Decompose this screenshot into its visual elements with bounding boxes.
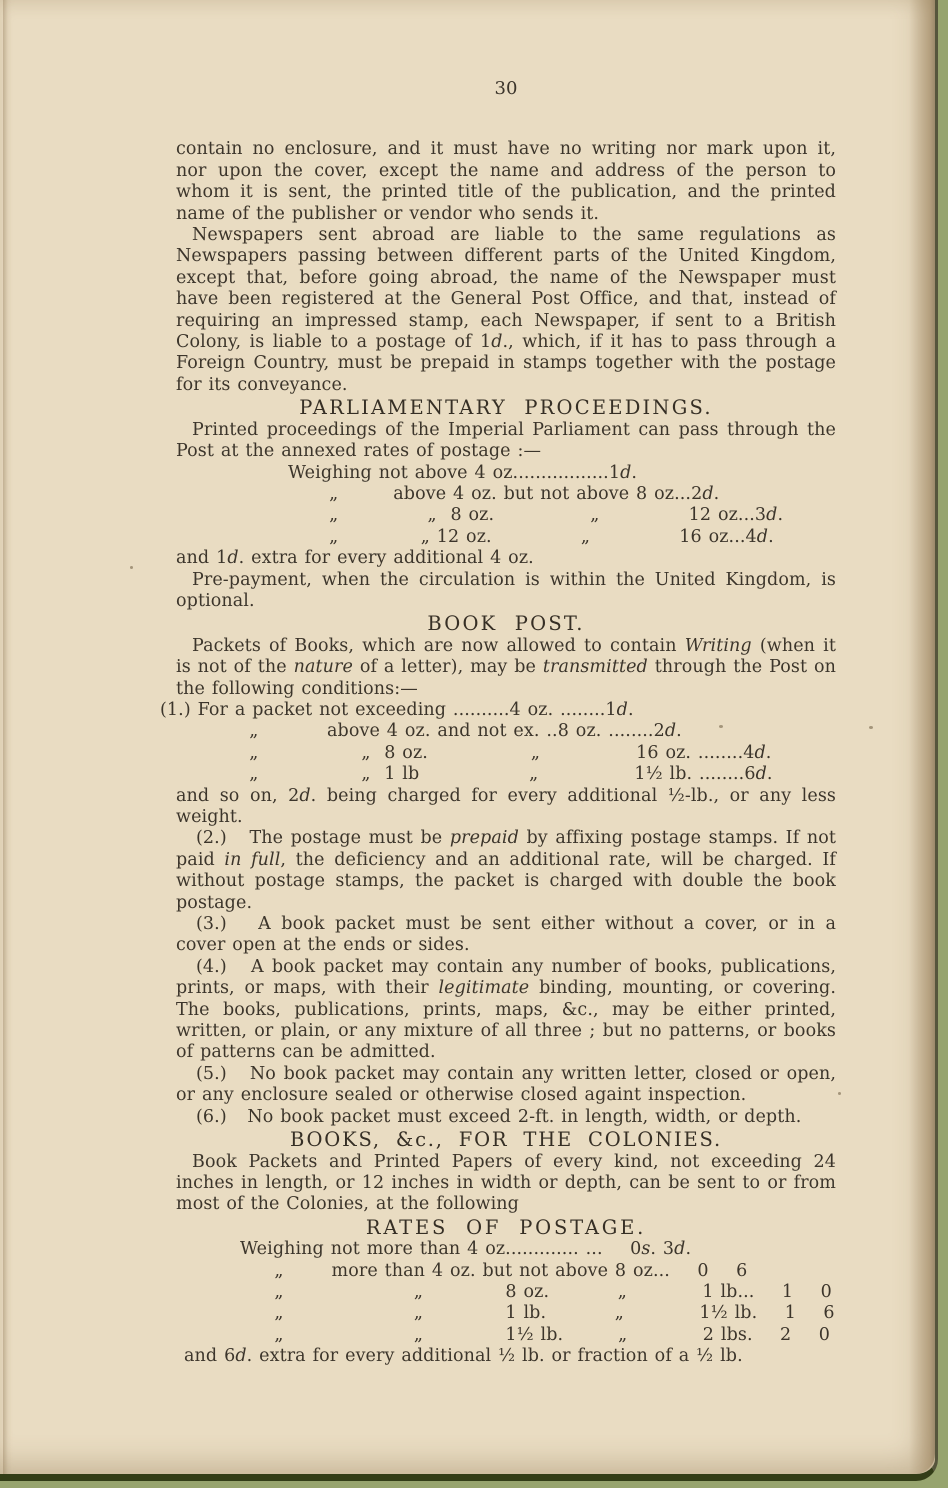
text-segment: d <box>766 505 777 525</box>
parliamentary-rates-footnote: and 1d. extra for every additional 4 oz. <box>176 548 836 569</box>
text-segment: . <box>714 484 720 504</box>
text-segment: . <box>767 764 773 784</box>
heading-rates-of-postage: RATES OF POSTAGE. <box>176 1217 836 1238</box>
page-number: 30 <box>176 78 836 99</box>
text-segment: (1.) For a packet not exceeding ........… <box>160 700 617 720</box>
book-post-rule-2: (2.) The postage must be prepaid by affi… <box>176 828 836 914</box>
text-segment: „ „ 8 oz. „ 12 oz...3 <box>288 505 766 525</box>
colonies-rates-table: Weighing not more than 4 oz.............… <box>240 1239 836 1346</box>
text-segment: prepaid <box>450 828 519 848</box>
text-segment: Packets of Books, which are now allowed … <box>192 636 685 656</box>
rate-line: Weighing not above 4 oz.................… <box>288 463 836 484</box>
paragraph-parliamentary-intro: Printed proceedings of the Imperial Parl… <box>176 420 836 463</box>
heading-book-post: BOOK POST. <box>176 613 836 634</box>
rate-line: (1.) For a packet not exceeding ........… <box>160 700 836 721</box>
text-segment: of a letter), may be <box>353 657 543 677</box>
text-segment: . <box>628 700 634 720</box>
rate-line: „ „ 8 oz. „ 12 oz...3d. <box>288 505 836 526</box>
book-post-rates-table: (1.) For a packet not exceeding ........… <box>160 700 836 786</box>
text-segment: . <box>685 1239 691 1259</box>
text-segment: d <box>299 786 310 806</box>
text-segment: d <box>491 332 502 352</box>
text-segment: . <box>676 721 682 741</box>
rate-line: „ „ 8 oz. „ 1 lb... 1 0 <box>240 1282 836 1303</box>
text-segment: d <box>227 548 238 568</box>
text-segment: (2.) The postage must be <box>196 828 450 848</box>
paper-speck <box>869 726 873 729</box>
text-segment: and 1 <box>176 548 227 568</box>
text-segment: „ more than 4 oz. but not above 8 oz... … <box>240 1261 747 1281</box>
rate-line: „ „ 1 lb „ 1½ lb. ........6d. <box>160 764 836 785</box>
text-block: 30 contain no enclosure, and it must hav… <box>176 78 836 1368</box>
text-segment: . <box>631 463 637 483</box>
text-segment: „ „ 12 oz. „ 16 oz...4 <box>288 527 757 547</box>
text-segment: d <box>620 463 631 483</box>
text-segment: „ „ 1 lb „ 1½ lb. ........6 <box>160 764 756 784</box>
text-segment: d <box>757 527 768 547</box>
paragraph-book-post-intro: Packets of Books, which are now allowed … <box>176 636 836 700</box>
text-segment: „ above 4 oz. and not ex. ..8 oz. ......… <box>160 721 665 741</box>
text-segment: . <box>768 527 774 547</box>
text-segment: „ „ 8 oz. „ 16 oz. ........4 <box>160 743 754 763</box>
text-segment: . <box>777 505 783 525</box>
book-post-rates-footnote: and so on, 2d. being charged for every a… <box>176 786 836 829</box>
colonies-rates-footnote: and 6d. extra for every additional ½ lb.… <box>176 1346 836 1367</box>
rate-line: „ above 4 oz. but not above 8 oz...2d. <box>288 484 836 505</box>
text-segment: and so on, 2 <box>176 786 299 806</box>
text-segment: . <box>766 743 772 763</box>
text-segment: . extra for every additional 4 oz. <box>239 548 534 568</box>
heading-parliamentary-proceedings: PARLIAMENTARY PROCEEDINGS. <box>176 397 836 418</box>
heading-books-for-colonies: BOOKS, &c., FOR THE COLONIES. <box>176 1129 836 1150</box>
rate-line: „ above 4 oz. and not ex. ..8 oz. ......… <box>160 721 836 742</box>
text-segment: d <box>235 1346 246 1366</box>
text-segment: Weighing not more than 4 oz.............… <box>240 1239 641 1259</box>
paragraph-continuation: contain no enclosure, and it must have n… <box>176 139 836 225</box>
text-segment: d <box>756 764 767 784</box>
book-post-rule-4: (4.) A book packet may contain any numbe… <box>176 957 836 1064</box>
text-segment: „ above 4 oz. but not above 8 oz...2 <box>288 484 702 504</box>
rate-line: „ „ 1 lb. „ 1½ lb. 1 6 <box>240 1303 836 1324</box>
text-segment: . extra for every additional ½ lb. or fr… <box>247 1346 743 1366</box>
text-segment: „ „ 1 lb. „ 1½ lb. 1 6 <box>240 1303 835 1323</box>
book-post-rule-6: (6.) No book packet must exceed 2-ft. in… <box>176 1107 836 1128</box>
text-segment: „ „ 8 oz. „ 1 lb... 1 0 <box>240 1282 832 1302</box>
book-post-rule-3: (3.) A book packet must be sent either w… <box>176 914 836 957</box>
rate-line: „ „ 8 oz. „ 16 oz. ........4d. <box>160 743 836 764</box>
text-segment: d <box>674 1239 685 1259</box>
parliamentary-rates-table: Weighing not above 4 oz.................… <box>288 463 836 549</box>
rate-line: „ more than 4 oz. but not above 8 oz... … <box>240 1261 836 1282</box>
text-segment: transmitted <box>543 657 648 677</box>
rate-line: „ „ 12 oz. „ 16 oz...4d. <box>288 527 836 548</box>
text-segment: in full <box>224 850 280 870</box>
rate-line: Weighing not more than 4 oz.............… <box>240 1239 836 1260</box>
text-segment: d <box>617 700 628 720</box>
rate-line: „ „ 1½ lb. „ 2 lbs. 2 0 <box>240 1325 836 1346</box>
text-segment: Weighing not above 4 oz.................… <box>288 463 620 483</box>
scan-background: 30 contain no enclosure, and it must hav… <box>0 0 948 1488</box>
paragraph-prepayment: Pre-payment, when the circulation is wit… <box>176 570 836 613</box>
text-segment: and 6 <box>184 1346 235 1366</box>
text-segment: legitimate <box>438 978 529 998</box>
text-segment: d <box>702 484 713 504</box>
book-post-rule-5: (5.) No book packet may contain any writ… <box>176 1064 836 1107</box>
text-segment: Writing <box>685 636 752 656</box>
text-segment: „ „ 1½ lb. „ 2 lbs. 2 0 <box>240 1325 830 1345</box>
text-segment: d <box>754 743 765 763</box>
text-segment: nature <box>294 657 353 677</box>
paragraph-colonies-intro: Book Packets and Printed Papers of every… <box>176 1152 836 1216</box>
text-segment: . 3 <box>650 1239 674 1259</box>
book-page: 30 contain no enclosure, and it must hav… <box>0 0 938 1481</box>
paragraph-newspapers: Newspapers sent abroad are liable to the… <box>176 225 836 396</box>
text-segment: d <box>665 721 676 741</box>
paper-speck <box>130 566 133 569</box>
paper-speck <box>838 1092 841 1095</box>
